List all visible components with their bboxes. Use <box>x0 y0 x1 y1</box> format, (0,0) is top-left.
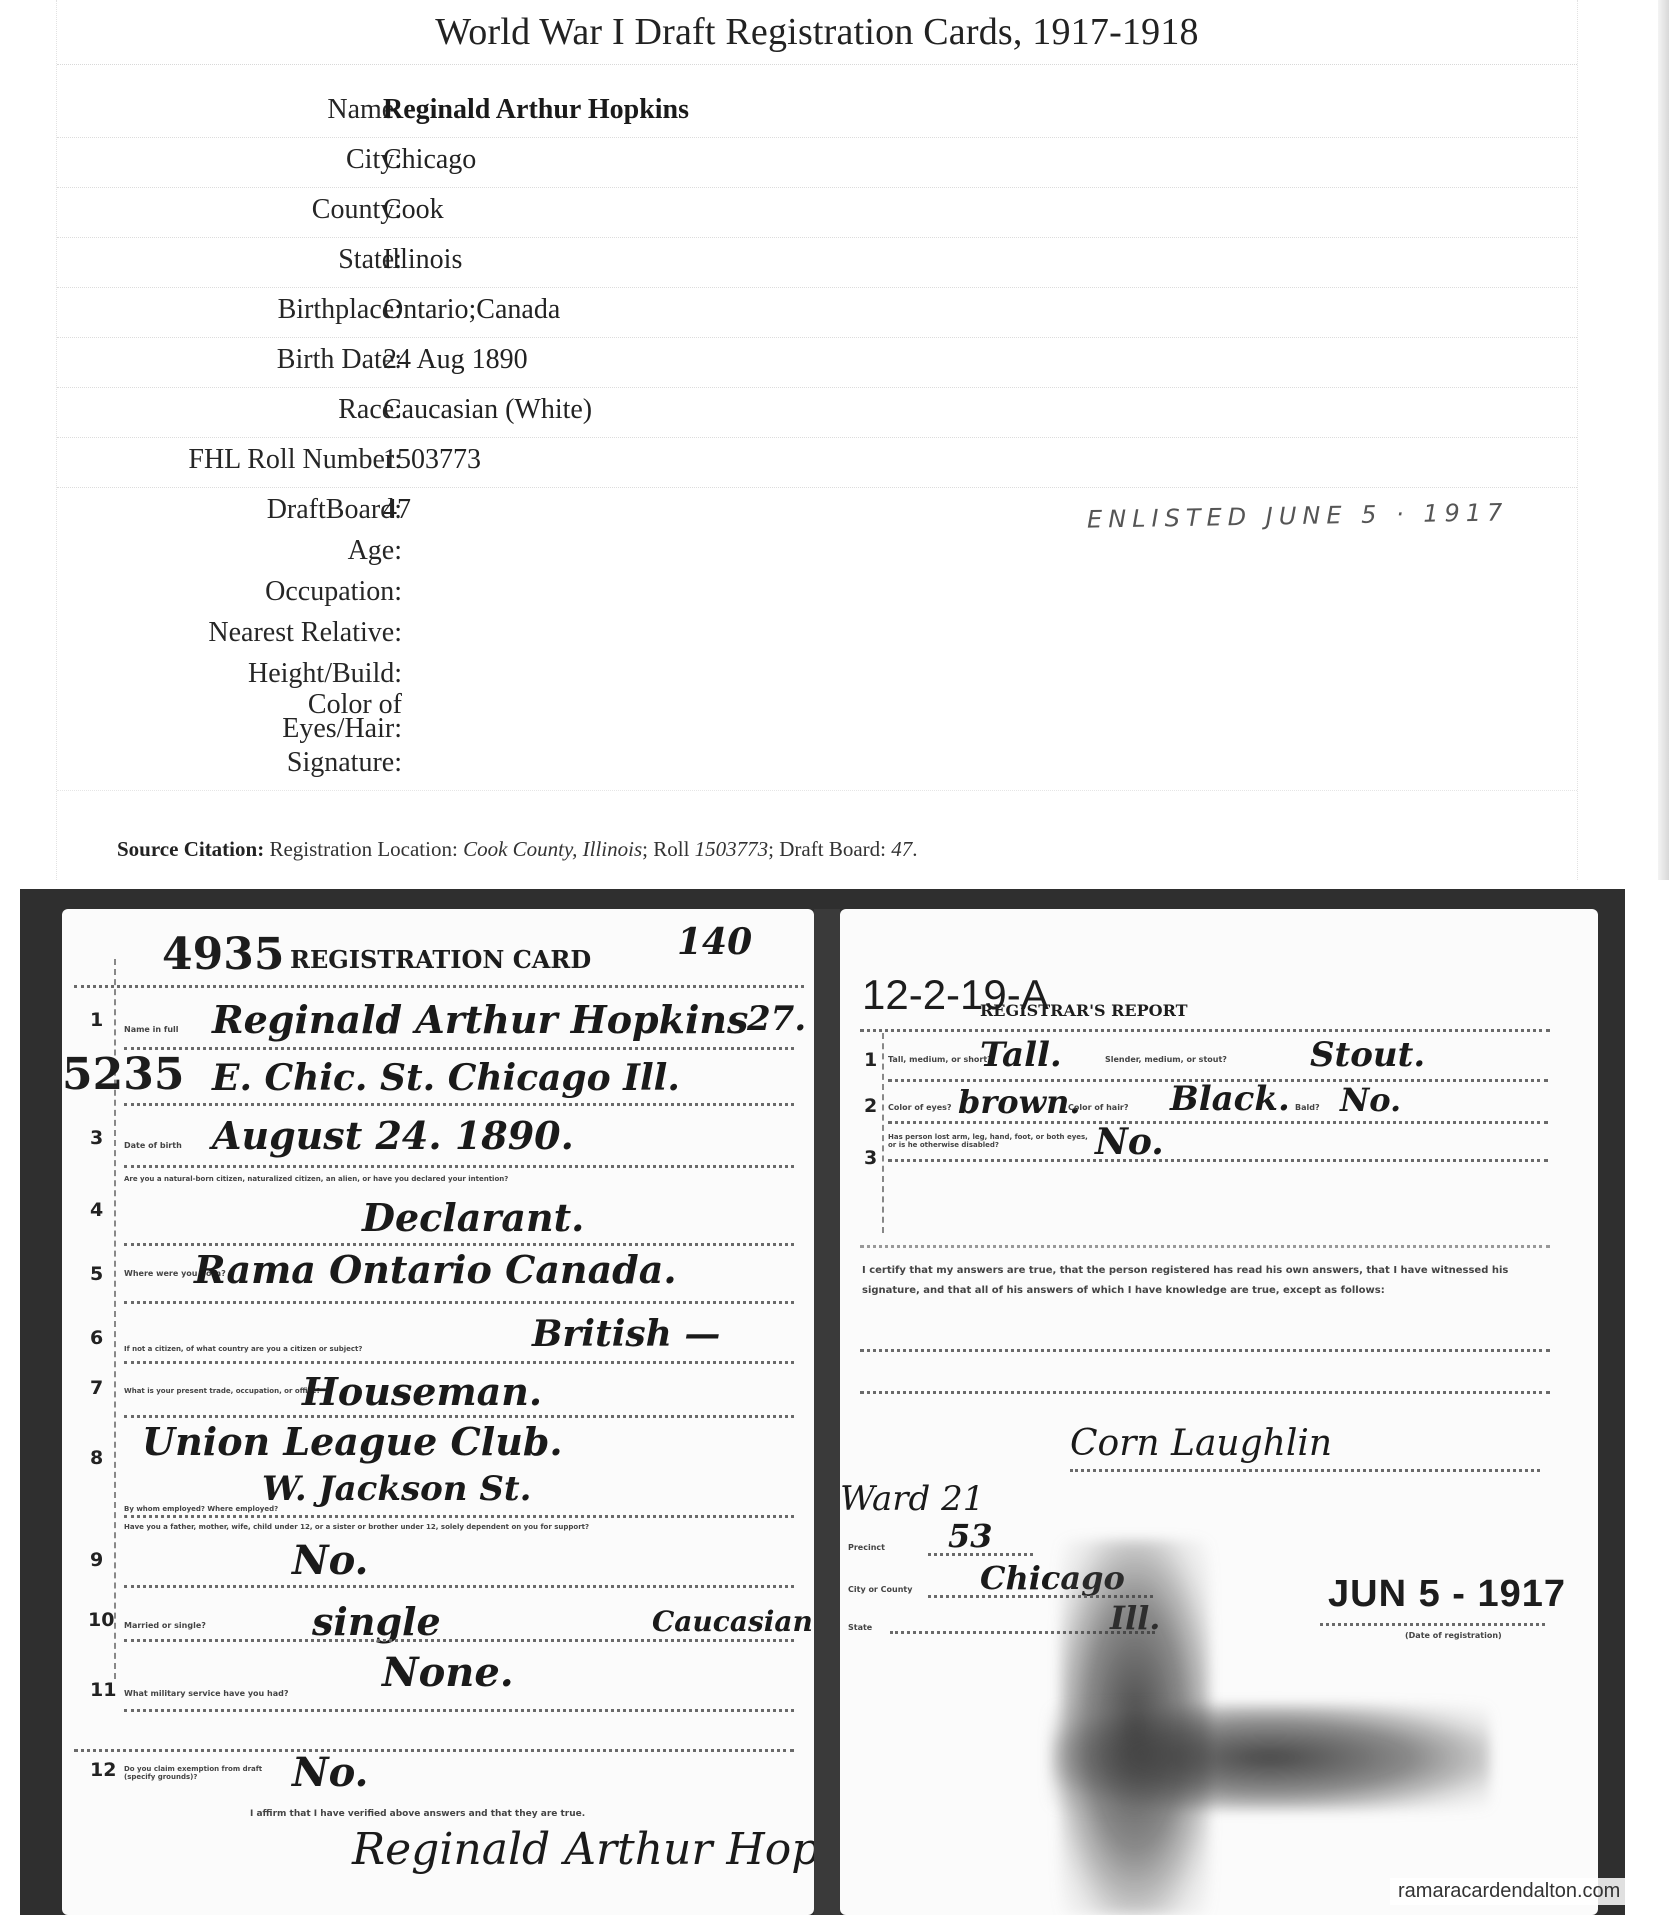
question-number: 9 <box>90 1549 103 1571</box>
question-label: Has person lost arm, leg, hand, foot, or… <box>888 1133 1088 1149</box>
answer-age: 27. <box>747 999 806 1039</box>
question-number: 3 <box>864 1147 877 1169</box>
rule <box>1070 1469 1540 1472</box>
answer-eye-color: brown. <box>958 1083 1081 1121</box>
state-label: State <box>848 1623 872 1632</box>
answer-height: Tall. <box>980 1035 1062 1075</box>
card-heading: REGISTRATION CARD <box>290 945 591 974</box>
question-label: Are you a natural-born citizen, naturali… <box>124 1175 508 1183</box>
field-value-birth-date: 24 Aug 1890 <box>383 344 528 376</box>
citation-location: Cook County, Illinois <box>463 837 642 861</box>
question-number: 8 <box>90 1447 103 1469</box>
question-label: Bald? <box>1295 1103 1320 1112</box>
rule <box>124 1639 794 1642</box>
rule <box>124 1165 794 1168</box>
rule <box>888 1159 1548 1162</box>
question-number: 3 <box>90 1127 103 1149</box>
question-number: 4 <box>90 1199 103 1221</box>
rule <box>124 1515 794 1518</box>
citation-roll: 1503773 <box>695 837 769 861</box>
field-value-name: Reginald Arthur Hopkins <box>383 94 689 126</box>
field-value-birthplace: Ontario;Canada <box>383 294 560 326</box>
certification-text: I certify that my answers are true, that… <box>862 1261 1552 1301</box>
answer-exemption: No. <box>292 1749 368 1796</box>
field-race: Race: Caucasian (White) <box>57 388 1577 438</box>
answer-bald: No. <box>1340 1081 1401 1119</box>
question-label: Color of hair? <box>1068 1103 1129 1112</box>
rule <box>1320 1623 1545 1626</box>
field-state: State: Illinois <box>57 238 1577 288</box>
question-label: What military service have you had? <box>124 1689 288 1698</box>
answer-name: Reginald Arthur Hopkins <box>212 997 748 1042</box>
question-label: Tall, medium, or short? <box>888 1055 992 1064</box>
answer-race: Caucasian <box>652 1605 813 1638</box>
citation-end: . <box>912 837 917 861</box>
rule <box>124 1047 794 1050</box>
rule <box>860 1391 1550 1394</box>
question-number: 1 <box>90 1009 103 1031</box>
field-height-build: Height/Build: <box>57 652 1577 693</box>
question-label: Do you claim exemption from draft (speci… <box>124 1765 284 1781</box>
field-value-state: Illinois <box>383 244 462 276</box>
record-title: World War I Draft Registration Cards, 19… <box>57 10 1577 54</box>
answer-birth-date: August 24. 1890. <box>212 1113 574 1158</box>
question-number: 5 <box>90 1263 103 1285</box>
question-number: 11 <box>90 1679 116 1701</box>
field-birth-date: Birth Date: 24 Aug 1890 <box>57 338 1577 388</box>
answer-occupation: Houseman. <box>302 1369 542 1414</box>
question-number: 6 <box>90 1327 103 1349</box>
source-citation: Source Citation: Registration Location: … <box>117 837 917 862</box>
question-label: Date of birth <box>124 1141 182 1150</box>
question-number: 1 <box>864 1049 877 1071</box>
precinct-label: Precinct <box>848 1543 885 1552</box>
margin-rule <box>882 1033 884 1233</box>
rule <box>928 1553 1033 1556</box>
stamp-caption: (Date of registration) <box>1405 1631 1502 1640</box>
field-county: County: Cook <box>57 188 1577 238</box>
rule <box>888 1121 1548 1124</box>
answer-home-address: E. Chic. St. Chicago Ill. <box>212 1057 680 1099</box>
answer-hair-color: Black. <box>1170 1079 1290 1119</box>
field-label: DraftBoard: <box>267 494 402 526</box>
card-fold-divider <box>814 909 840 1915</box>
title-divider <box>57 64 1577 65</box>
question-number: 10 <box>88 1609 114 1631</box>
rule <box>124 1243 794 1246</box>
answer-employer: Union League Club. <box>142 1419 563 1464</box>
rule <box>124 1415 794 1418</box>
field-label: FHL Roll Number: <box>188 444 402 476</box>
rule <box>124 1103 794 1106</box>
order-number: 5235 <box>62 1049 184 1100</box>
field-label: Age: <box>348 535 402 567</box>
answer-marital-status: single <box>312 1599 441 1644</box>
field-label-line2: Eyes/Hair: <box>282 713 402 744</box>
field-value-draft-board: 47 <box>383 494 411 526</box>
page-edge-shadow <box>1658 0 1669 880</box>
ward-note: Ward 21 <box>840 1479 984 1519</box>
field-label: Occupation: <box>265 576 402 608</box>
citation-roll-label: ; Roll <box>642 837 689 861</box>
field-value-race: Caucasian (White) <box>383 394 592 426</box>
registration-card-front: 4935 REGISTRATION CARD 140 1 Name in ful… <box>62 909 814 1915</box>
rule <box>124 1301 794 1304</box>
registration-date-stamp: JUN 5 - 1917 <box>1328 1573 1566 1616</box>
rule <box>860 1349 1550 1352</box>
field-birthplace: Birthplace: Ontario;Canada <box>57 288 1577 338</box>
answer-dependents: No. <box>292 1537 368 1584</box>
precinct-value: 53 <box>948 1517 993 1555</box>
question-number: 12 <box>90 1759 116 1781</box>
question-label: Slender, medium, or stout? <box>1105 1055 1227 1064</box>
rule <box>124 1709 794 1712</box>
rule <box>74 1749 794 1752</box>
record-sheet: World War I Draft Registration Cards, 19… <box>56 0 1578 880</box>
field-city: City: Chicago <box>57 138 1577 188</box>
answer-military-service: None. <box>382 1649 514 1696</box>
field-label: Color of Eyes/Hair: <box>282 693 402 741</box>
question-label: By whom employed? Where employed? <box>124 1505 278 1513</box>
answer-disability: No. <box>1095 1121 1164 1163</box>
question-label: If not a citizen, of what country are yo… <box>124 1345 362 1353</box>
answer-employer-address: W. Jackson St. <box>262 1469 531 1509</box>
field-value-city: Chicago <box>383 144 476 176</box>
answer-citizenship: Declarant. <box>362 1195 584 1240</box>
ink-smudge-horizontal <box>1050 1705 1490 1810</box>
answer-nationality: British — <box>532 1313 720 1355</box>
field-value-fhl-roll: 1503773 <box>383 444 481 476</box>
card-serial: 4935 <box>162 929 284 980</box>
citation-prefix: Registration Location: <box>269 837 457 861</box>
answer-build: Stout. <box>1310 1035 1425 1075</box>
registrar-signature: Corn Laughlin <box>1070 1423 1332 1464</box>
field-eye-hair-color: Color of Eyes/Hair: <box>57 693 1577 741</box>
question-label: What is your present trade, occupation, … <box>124 1387 320 1395</box>
field-value-county: Cook <box>383 194 444 226</box>
question-label: Color of eyes? <box>888 1103 952 1112</box>
question-number: 7 <box>90 1377 103 1399</box>
question-label: Married or single? <box>124 1621 206 1630</box>
field-label: Signature: <box>287 747 402 779</box>
field-name: Name: Reginald Arthur Hopkins <box>57 88 1577 138</box>
answer-birthplace: Rama Ontario Canada. <box>194 1247 677 1292</box>
question-label: Name in full <box>124 1025 179 1034</box>
record-fields: Name: Reginald Arthur Hopkins City: Chic… <box>57 88 1577 791</box>
site-watermark: ramaracardendalton.com <box>1390 1878 1628 1905</box>
card-number: 140 <box>677 921 752 963</box>
field-signature: Signature: <box>57 741 1577 791</box>
question-number: 2 <box>864 1095 877 1117</box>
rule <box>860 1029 1550 1032</box>
city-label: City or County <box>848 1585 912 1594</box>
rule <box>124 1361 794 1364</box>
field-label: Height/Build: <box>248 658 402 690</box>
rule <box>74 985 804 988</box>
citation-board: 47 <box>891 837 912 861</box>
citation-board-label: ; Draft Board: <box>768 837 886 861</box>
field-age: Age: <box>57 529 1577 570</box>
field-nearest-relative: Nearest Relative: <box>57 611 1577 652</box>
field-label: Nearest Relative: <box>208 617 402 649</box>
rule <box>124 1585 794 1588</box>
affirmation-text: I affirm that I have verified above answ… <box>250 1809 585 1819</box>
registrar-report-heading: REGISTRAR'S REPORT <box>980 1001 1188 1020</box>
rule <box>860 1245 1550 1248</box>
field-fhl-roll: FHL Roll Number: 1503773 <box>57 438 1577 488</box>
question-label: Have you a father, mother, wife, child u… <box>124 1523 589 1531</box>
field-occupation: Occupation: <box>57 570 1577 611</box>
registrant-signature: Reginald Arthur Hopkins <box>352 1824 814 1875</box>
citation-label: Source Citation: <box>117 837 264 861</box>
